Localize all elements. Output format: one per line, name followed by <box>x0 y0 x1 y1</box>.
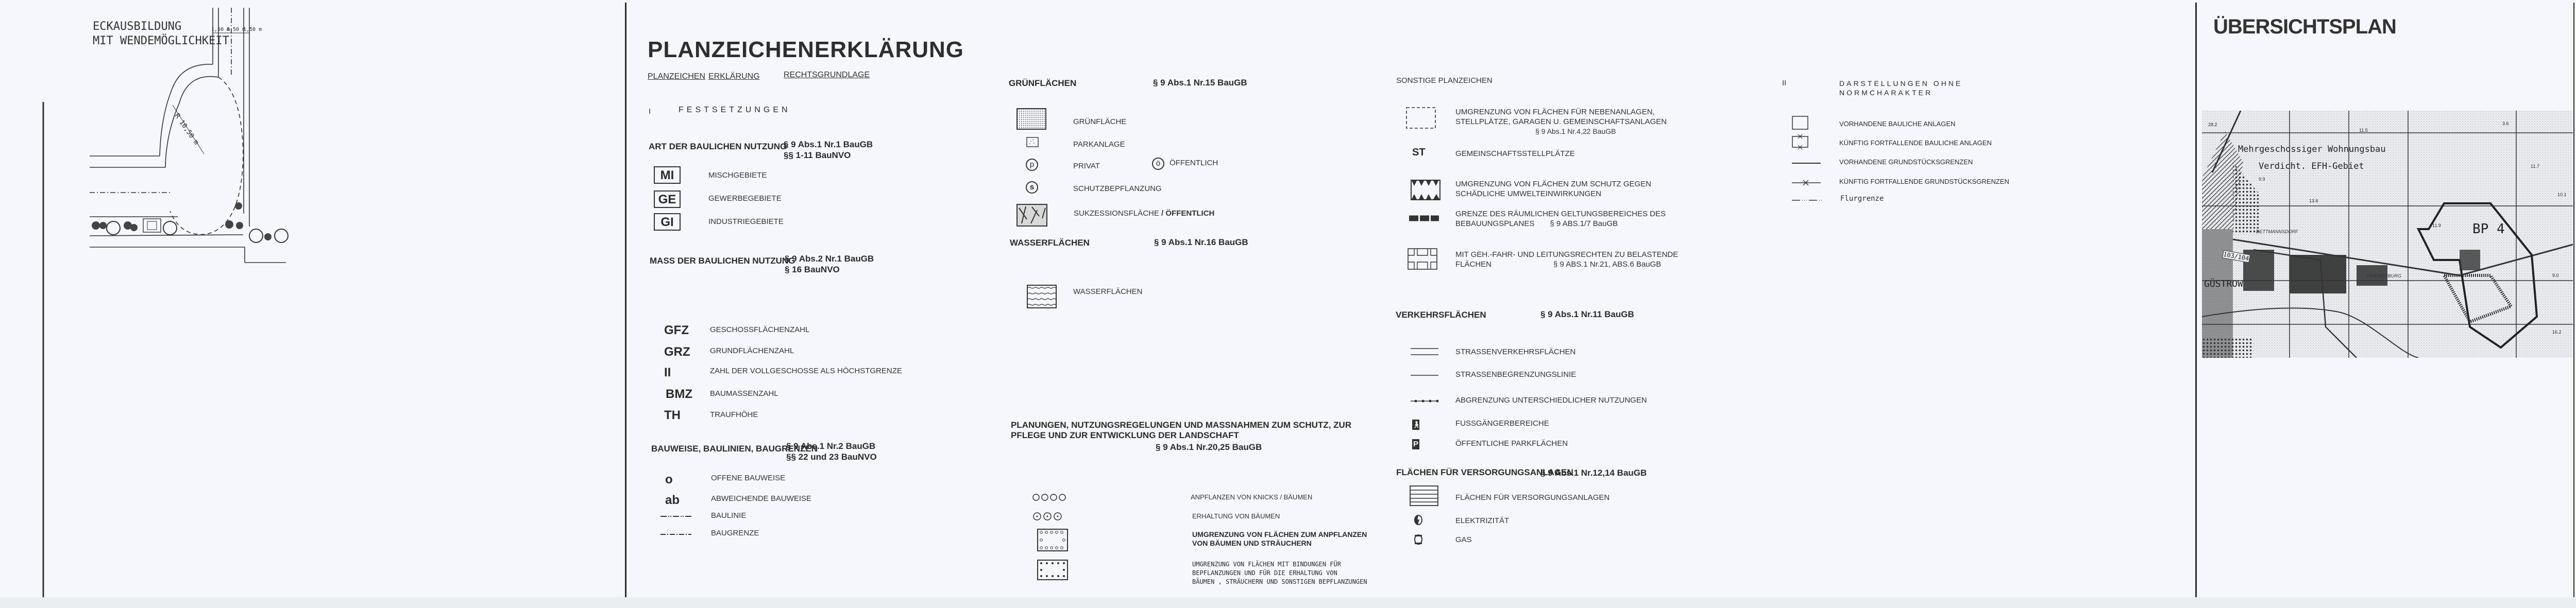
label-parkanlage: PARKANLAGE <box>1073 140 1125 149</box>
fortfallende-grenze-symbol <box>1792 180 1821 186</box>
label-strassenverkehr: STRASSENVERKEHRSFLÄCHEN <box>1455 348 1575 356</box>
sukzession-symbol <box>1016 204 1047 227</box>
map-label-town: GÜSTROW <box>2204 279 2243 289</box>
label-schutz: SCHUTZBEPFLANZUNG <box>1073 184 1162 193</box>
parking-icon: P <box>1412 439 1419 449</box>
map-label-priemerburg: PRIEMERBURG <box>2367 273 2401 279</box>
overview-title: ÜBERSICHTSPLAN <box>2213 15 2396 39</box>
overview-panel: ÜBERSICHTSPLAN <box>2197 0 2575 597</box>
label-sukzession: SUKZESSIONSFLÄCHE / ÖFFENTLICH <box>1074 209 1214 218</box>
gas-icon <box>1414 534 1422 545</box>
label-versorgung: FLÄCHEN FÜR VERSORGUNGSANLAGEN <box>1455 493 1609 502</box>
pedestrian-icon: 🚶︎ <box>1412 420 1419 430</box>
map-label-housing: Mehrgeschossiger Wohnungsbau <box>2238 144 2386 154</box>
flurgrenze-symbol <box>1792 199 1822 201</box>
label-fortfallende-anlagen: KÜNFTIG FORTFALLENDE BAULICHE ANLAGEN <box>1839 139 1992 147</box>
gruen-heading: GRÜNFLÄCHEN <box>1009 78 1076 89</box>
abgrenzung-symbol <box>1411 399 1438 403</box>
umwelt-schutz-symbol <box>1411 180 1440 200</box>
symbol-offen: o <box>665 473 673 487</box>
wasser-symbol <box>1027 285 1057 308</box>
versorgung-symbol <box>1410 485 1438 506</box>
symbol-mi: MI <box>654 166 681 184</box>
symbol-ge: GE <box>654 190 681 208</box>
landschaft-heading: PLANUNGEN, NUTZUNGSREGELUNGEN UND MASSNA… <box>1011 420 1351 441</box>
erhaltung-symbol <box>1032 512 1063 521</box>
strassenverkehr-symbol <box>1411 348 1438 356</box>
label-gewerbegebiete: GEWERBEGEBIETE <box>708 194 782 203</box>
legend-panel: PLANZEICHENERKLÄRUNG PLANZEICHEN ERKLÄRU… <box>631 0 2197 597</box>
symbol-bmz: BMZ <box>666 387 692 402</box>
mass-law: § 9 Abs.2 Nr.1 BauGB § 16 BauNVO <box>785 253 874 275</box>
col-head-planzeichen: PLANZEICHEN <box>648 72 705 81</box>
label-geltungsbereich: GRENZE DES RÄUMLICHEN GELTUNGSBEREICHES … <box>1455 209 1666 229</box>
map-height-6: 13.6 <box>2309 198 2318 203</box>
panel-corner-detail: ECKAUSBILDUNG MIT WENDEMÖGLICHKEIT 1,50 … <box>0 0 631 597</box>
fold-line-1 <box>625 3 626 597</box>
map-height-4: 11.7 <box>2531 164 2539 169</box>
label-elektrizitaet: ELEKTRIZITÄT <box>1455 516 1509 525</box>
gruenflaeche-symbol <box>1016 108 1046 130</box>
gruen-law: § 9 Abs.1 Nr.15 BauGB <box>1153 77 1247 88</box>
map-height-8: 11.9 <box>2432 223 2441 228</box>
label-parkflaechen: ÖFFENTLICHE PARKFLÄCHEN <box>1455 439 1568 448</box>
art-heading: ART DER BAULICHEN NUTZUNG <box>649 142 787 152</box>
landschaft-law: § 9 Abs.1 Nr.20,25 BauGB <box>1156 442 1262 453</box>
umgrenzung-bindungen-symbol <box>1037 560 1068 580</box>
geltungsbereich-symbol <box>1409 215 1439 221</box>
symbol-privat: p <box>1026 159 1038 171</box>
symbol-oeffentlich: ö <box>1152 158 1164 170</box>
grundstuecksgrenze-symbol <box>1792 162 1821 164</box>
map-height-12: 9.0 <box>2552 273 2559 278</box>
section-festsetzungen: FESTSETZUNGEN <box>679 106 791 115</box>
symbol-vollgeschosse: II <box>664 366 671 380</box>
label-anpflanzen: ANPFLANZEN VON KNICKS / BÄUMEN <box>1191 493 1312 501</box>
bauweise-law: § 9 Abs.1 Nr.2 BauGB §§ 22 und 23 BauNVO <box>786 441 877 462</box>
label-flurgrenze: Flurgrenze <box>1840 195 1884 203</box>
baugrenze-symbol <box>660 533 691 536</box>
label-wasser: WASSERFLÄCHEN <box>1073 287 1142 296</box>
section-numeral-ii: II <box>1782 79 1786 88</box>
label-mischgebiete: MISCHGEBIETE <box>708 171 767 180</box>
section-ii-label: DARSTELLUNGEN OHNE NORMCHARAKTER <box>1839 79 1962 97</box>
label-leitungsrechte: MIT GEH.-FAHR- UND LEITUNGSRECHTEN ZU BE… <box>1455 250 1678 269</box>
label-oeffentlich: ÖFFENTLICH <box>1170 159 1218 167</box>
label-industriegebiete: INDUSTRIEGEBIETE <box>708 217 784 226</box>
wasser-heading: WASSERFLÄCHEN <box>1010 238 1090 248</box>
label-umgrenzung-anpflanzen: UMGRENZUNG VON FLÄCHEN ZUM ANPFLANZEN VO… <box>1192 530 1367 548</box>
label-gas: GAS <box>1455 535 1472 544</box>
label-st: GEMEINSCHAFTSSTELLPLÄTZE <box>1455 149 1575 158</box>
symbol-gfz: GFZ <box>664 323 689 338</box>
nebenanlagen-symbol <box>1406 107 1436 129</box>
overview-map: Mehrgeschossiger Wohnungsbau Verdicht. E… <box>2202 111 2573 358</box>
section-numeral-i: I <box>649 107 651 116</box>
col-head-erklaerung: ERKLÄRUNG <box>708 72 760 81</box>
label-fussgaenger: FUSSGÄNGERBEREICHE <box>1455 419 1549 428</box>
label-nebenanlagen: UMGRENZUNG VON FLÄCHEN FÜR NEBENANLAGEN,… <box>1455 107 1667 136</box>
symbol-st: ST <box>1412 147 1426 159</box>
fortfallende-anlagen-symbol <box>1792 134 1808 149</box>
label-baugrenze: BAUGRENZE <box>711 529 759 537</box>
map-height-1: 28.2 <box>2208 122 2217 127</box>
map-height-7: 10.1 <box>2557 192 2567 197</box>
label-offen: OFFENE BAUWEISE <box>711 474 785 482</box>
vorhandene-anlagen-symbol <box>1792 116 1808 130</box>
parkanlage-symbol <box>1026 137 1039 147</box>
label-privat: PRIVAT <box>1073 162 1100 170</box>
label-vorhandene-anlagen: VORHANDENE BAULICHE ANLAGEN <box>1839 120 1955 128</box>
col-head-rechtsgrundlage: RECHTSGRUNDLAGE <box>784 71 870 80</box>
symbol-schutz: s <box>1026 181 1038 194</box>
map-label-efh: Verdicht. EFH-Gebiet <box>2259 161 2364 171</box>
scan-bottom-edge <box>0 597 2576 608</box>
umgrenzung-anpflanzen-symbol <box>1037 529 1068 551</box>
symbol-abweichend: ab <box>665 493 680 508</box>
legend-title: PLANZEICHENERKLÄRUNG <box>648 37 964 63</box>
label-gfz: GESCHOSSFLÄCHENZAHL <box>710 325 809 334</box>
electricity-icon <box>1414 515 1422 525</box>
verkehr-law: § 9 Abs.1 Nr.11 BauGB <box>1540 309 1634 320</box>
label-vollgeschosse: ZAHL DER VOLLGESCHOSSE ALS HÖCHSTGRENZE <box>710 367 902 375</box>
map-height-2: 11.5 <box>2359 128 2368 133</box>
map-height-15: 16.2 <box>2552 329 2562 335</box>
leitungsrechte-symbol <box>1408 248 1437 270</box>
anpflanzen-symbol <box>1032 493 1068 501</box>
label-strassenbegrenzung: STRASSENBEGRENZUNGSLINIE <box>1455 370 1576 379</box>
label-baulinie: BAULINIE <box>711 511 746 520</box>
map-height-5: 9.9 <box>2259 177 2265 182</box>
label-bmz: BAUMASSENZAHL <box>710 389 778 398</box>
map-label-village: DETTMANNSDORF <box>2256 229 2298 234</box>
verkehr-heading: VERKEHRSFLÄCHEN <box>1396 310 1486 320</box>
map-label-bp4: BP 4 <box>2472 221 2505 237</box>
map-height-3: 3.6 <box>2502 121 2509 126</box>
sonstige-heading: SONSTIGE PLANZEICHEN <box>1396 76 1493 85</box>
wasser-law: § 9 Abs.1 Nr.16 BauGB <box>1154 237 1248 248</box>
symbol-grz: GRZ <box>664 345 690 359</box>
turnaround-drawing <box>0 0 631 597</box>
art-law: § 9 Abs.1 Nr.1 BauGB §§ 1-11 BauNVO <box>784 139 873 161</box>
strassenbegrenzung-symbol <box>1411 374 1438 376</box>
label-th: TRAUFHÖHE <box>710 410 758 419</box>
baulinie-symbol <box>660 515 691 518</box>
symbol-th: TH <box>664 408 681 423</box>
symbol-gi: GI <box>654 213 681 231</box>
label-umwelt-schutz: UMGRENZUNG VON FLÄCHEN ZUM SCHUTZ GEGEN … <box>1455 179 1651 199</box>
label-erhaltung: ERHALTUNG VON BÄUMEN <box>1192 512 1280 520</box>
mass-heading: MASS DER BAULICHEN NUTZUNG <box>650 256 795 266</box>
label-grundstuecksgrenze: VORHANDENE GRUNDSTÜCKSGRENZEN <box>1839 158 1973 166</box>
label-gruenflaeche: GRÜNFLÄCHE <box>1073 117 1126 126</box>
versorgung-law: § 9 Abs.1 Nr.12,14 BauGB <box>1540 467 1647 478</box>
label-abgrenzung: ABGRENZUNG UNTERSCHIEDLICHER NUTZUNGEN <box>1455 396 1647 405</box>
label-fortfallende-grenze: KÜNFTIG FORTFALLENDE GRUNDSTÜCKSGRENZEN <box>1839 178 2009 185</box>
label-abweichend: ABWEICHENDE BAUWEISE <box>711 494 811 503</box>
label-umgrenzung-bindungen: UMGRENZUNG VON FLÄCHEN MIT BINDUNGEN FÜR… <box>1192 560 1367 586</box>
label-grz: GRUNDFLÄCHENZAHL <box>710 346 794 355</box>
